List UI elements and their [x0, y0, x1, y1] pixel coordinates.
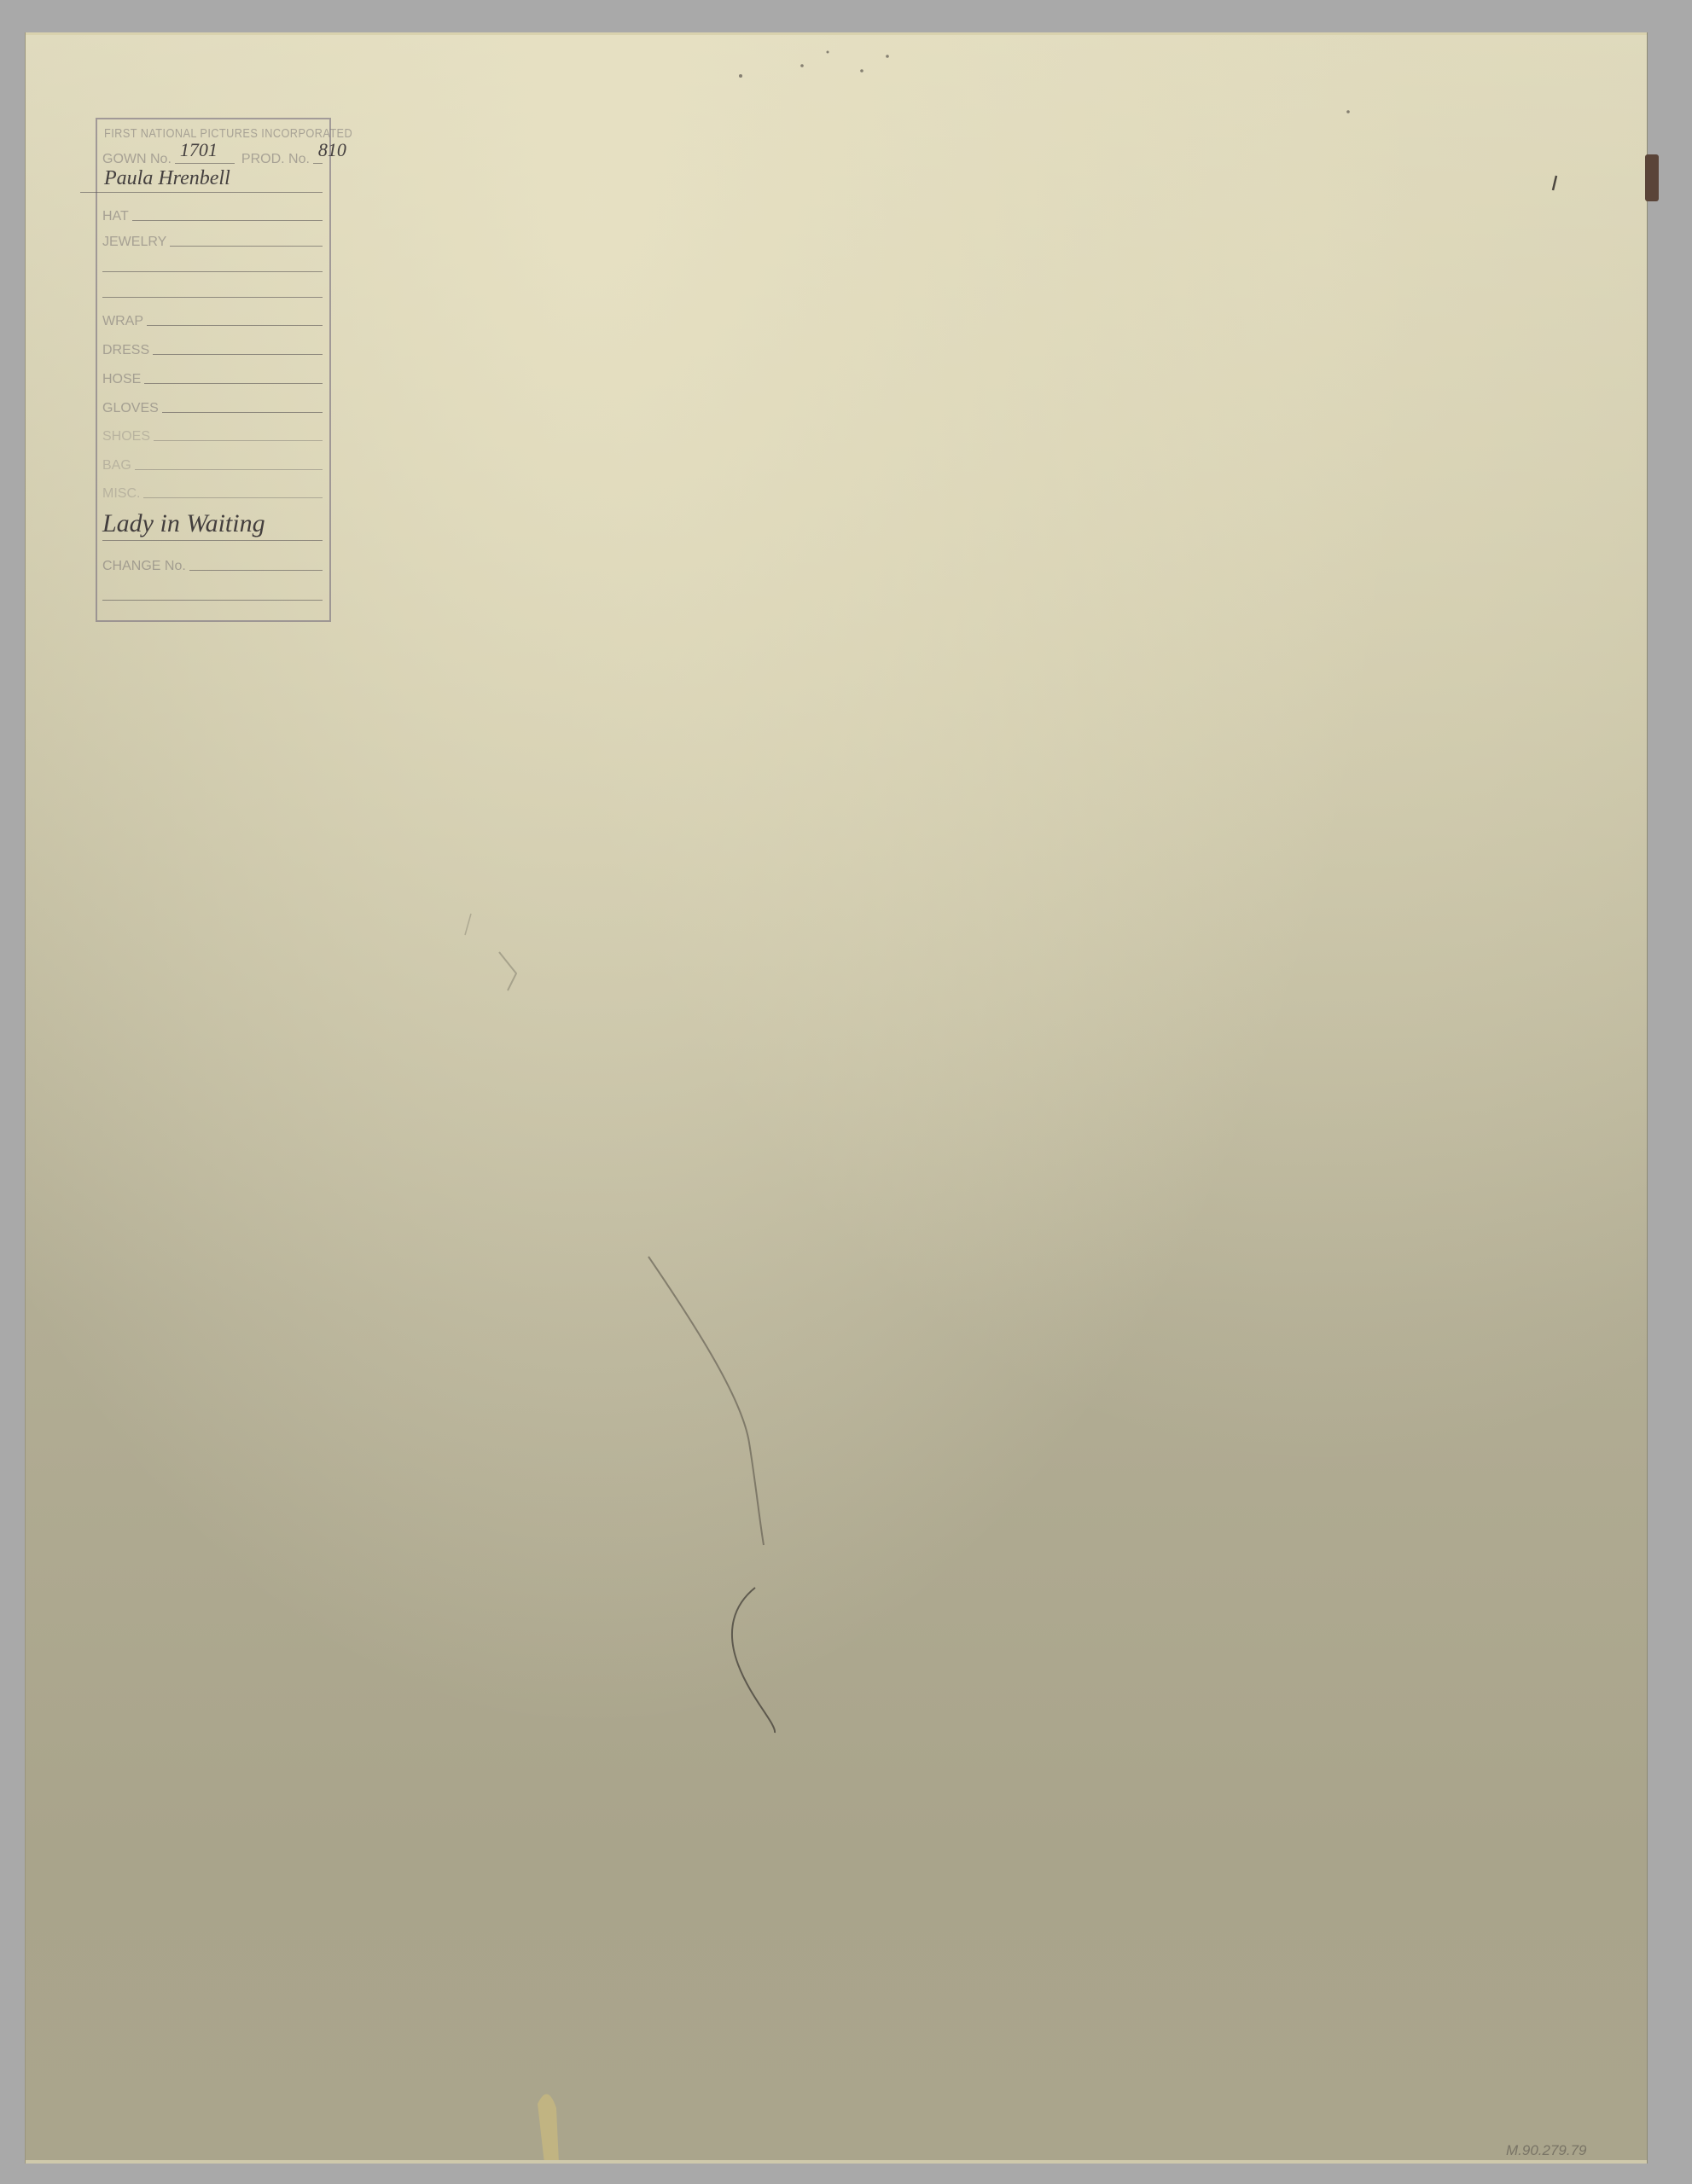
name-line: Paula Hrenbell — [80, 191, 323, 193]
change-label: CHANGE No. — [102, 559, 189, 574]
prod-number: 810 — [318, 139, 346, 161]
gown-number: 1701 — [180, 139, 218, 161]
field-shoes: SHOES — [102, 421, 323, 444]
field-misc: MISC. — [102, 478, 323, 502]
gown-prod-row: GOWN No. 1701 PROD. No. 810 — [102, 143, 323, 167]
field-hose: HOSE — [102, 363, 323, 387]
field-blank-1 — [102, 252, 323, 276]
performer-name: Paula Hrenbell — [104, 167, 230, 190]
prod-label: PROD. No. — [235, 152, 313, 167]
field-bag: BAG — [102, 450, 323, 473]
last-row — [102, 580, 323, 604]
prod-line: 810 — [313, 162, 323, 164]
field-gloves: GLOVES — [102, 392, 323, 416]
change-row: CHANGE No. — [102, 550, 323, 574]
costume-stamp: First National Pictures Incorporated GOW… — [96, 118, 331, 622]
photo-back-paper: First National Pictures Incorporated GOW… — [26, 32, 1647, 2164]
gown-label: GOWN No. — [102, 152, 175, 167]
role-name: Lady in Waiting — [102, 509, 265, 538]
field-hat: HAT — [102, 200, 323, 224]
field-blank-2 — [102, 277, 323, 301]
accession-number: M.90.279.79 — [1506, 2142, 1587, 2159]
fabric-swatch — [1645, 154, 1659, 201]
field-jewelry: JEWELRY — [102, 226, 323, 250]
field-dress: DRESS — [102, 334, 323, 358]
name-row: Paula Hrenbell — [80, 172, 323, 196]
field-wrap: WRAP — [102, 305, 323, 329]
gown-line: 1701 — [175, 162, 235, 164]
role-row: Lady in Waiting — [102, 520, 323, 544]
